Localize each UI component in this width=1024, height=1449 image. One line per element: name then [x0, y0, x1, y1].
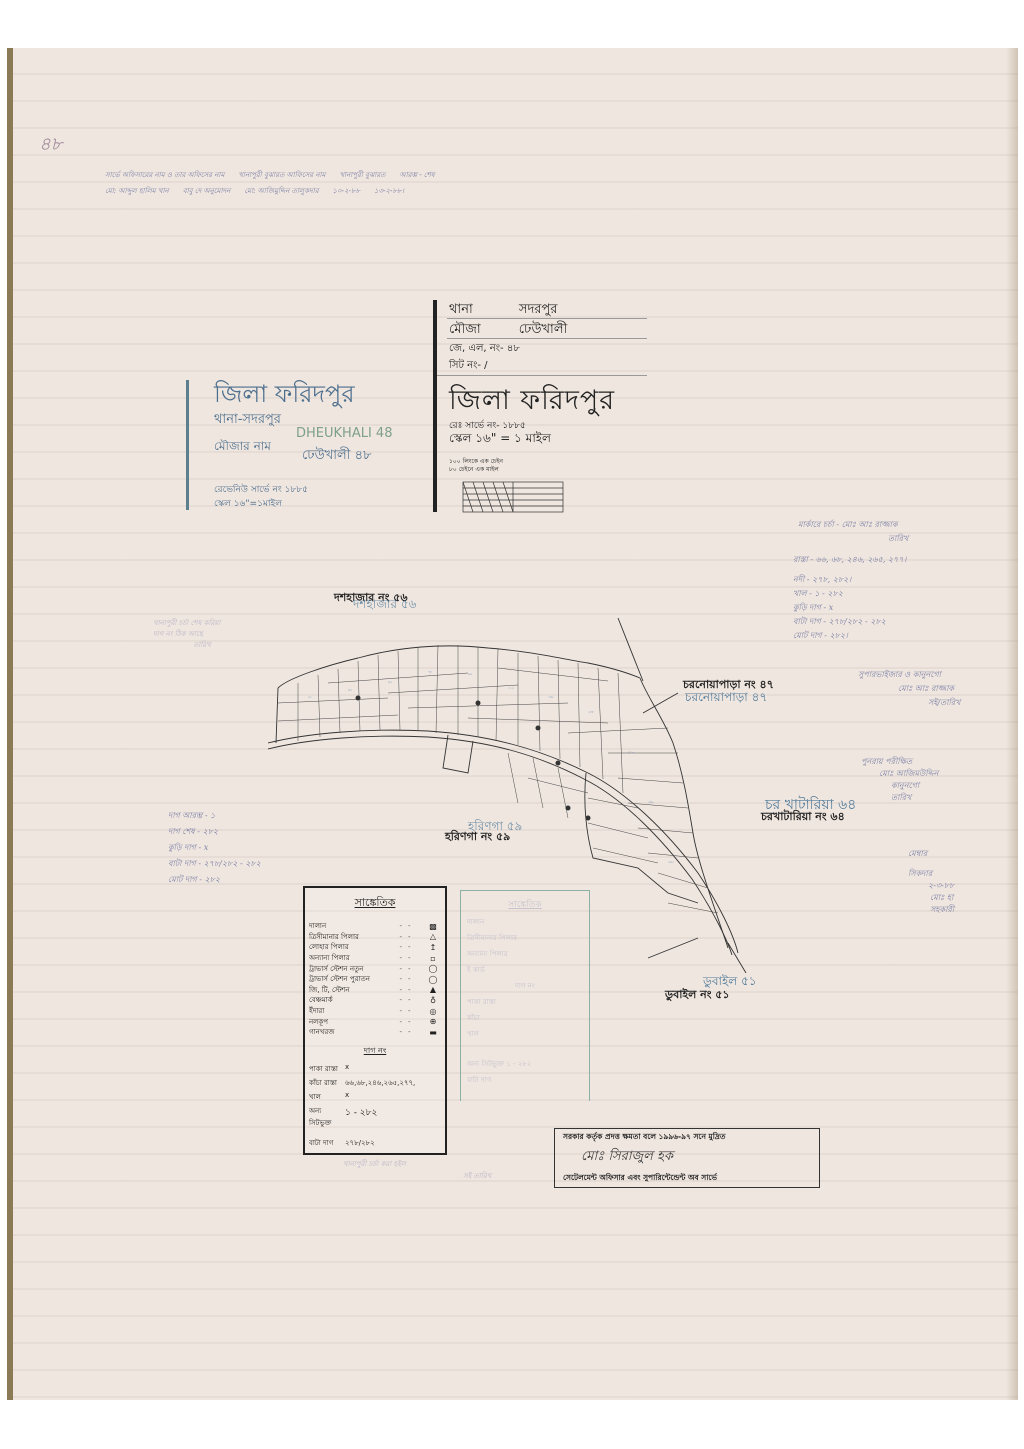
traverse-station-old-icon: ◯	[425, 975, 441, 984]
thana-label: থানা	[449, 302, 473, 317]
dag-row: পাকা রাস্তাx	[305, 1062, 445, 1076]
scale-note-2: ৮০ চেইনে এক মাইল	[449, 464, 499, 475]
note-right-sign: সুপারভাইজার ও কানুনগো মোঃ আঃ রাজ্জাক সই/…	[858, 668, 960, 710]
stamp-rs-line: রেভেনিউ সার্ভে নং ১৮৮৫	[214, 482, 308, 497]
faded-line: পাকা রাস্তা	[461, 994, 589, 1010]
stamp-mouza-en: DHEUKHALI 48	[296, 426, 392, 441]
survey-record-strip: সার্ভে অফিসারের নাম ও তার অফিসের নাম খান…	[105, 170, 435, 196]
mouza-label: মৌজা	[449, 322, 481, 337]
svg-text:১৮৮: ১৮৮	[588, 710, 594, 714]
dag-row: অন্য সিটভুক্ত১ - ২৮২	[305, 1104, 445, 1130]
note-left-list: দাগ আরম্ভ - ১ দাগ শেষ - ২৮২ কুড়ি দাগ - …	[168, 808, 261, 888]
benchmark-icon: ♁	[425, 996, 441, 1005]
record-cell: আরম্ভ - শেষ	[399, 170, 434, 180]
note-right-top: মার্কারে চর্চা - মোঃ আঃ রাজ্জাক তারিখ	[798, 518, 908, 546]
district-stamp: জিলা ফরিদপুর থানা-সদরপুর মৌজার নাম DHEUK…	[178, 376, 418, 516]
map-label-southwest: হরিণগা নং ৫৯	[445, 828, 510, 847]
svg-text:২৬৫: ২৬৫	[668, 860, 674, 864]
cert-line-3: সেটেলমেন্ট অফিসার এবং সুপারিন্টেন্ডেন্ট …	[563, 1173, 717, 1185]
sheet-line: সিট নং- /	[449, 358, 488, 375]
svg-text:৯৯: ৯৯	[468, 672, 472, 676]
jl-label: জে, এল, নং-	[449, 343, 504, 354]
mouza-value: ঢেউখালী	[519, 322, 567, 337]
note-right-list: রাস্তা - ৬৬, ৬৮, ২৪৬, ২৬৫, ২৭৭। নদী - ২৭…	[793, 553, 906, 643]
map-sheet: সার্ভে অফিসারের নাম ও তার অফিসের নাম খান…	[7, 48, 1018, 1400]
tri-junction-pillar-icon: △	[425, 932, 441, 941]
other-pillar-icon: ▫	[425, 954, 441, 963]
svg-text:২৪০: ২৪০	[648, 800, 654, 804]
faded-legend-box: সাঙ্কেতিক দালান ত্রিসীমানার পিলার অন্যান…	[460, 890, 590, 1101]
note-right-mid: পুনরায় পরীক্ষিত মোঃ আজিমউদ্দিন কানুনগো …	[861, 756, 938, 804]
record-cell: ১০-২-৮৮	[333, 186, 360, 196]
map-label-east: চরখাটারিয়া নং ৬৪	[761, 808, 845, 827]
dag-row: বাটা দাগ২৭৮/২৮২	[305, 1136, 445, 1150]
faded-line: অন্য সিটভুক্ত ১ - ২৮২	[461, 1056, 589, 1072]
svg-text:১৪৫: ১৪৫	[548, 695, 554, 699]
record-cell: সার্ভে অফিসারের নাম ও তার অফিসের নাম	[105, 170, 224, 180]
traverse-station-new-icon: ◯	[425, 964, 441, 973]
certification-stamp: সরকার কর্তৃক প্রদত্ত ক্ষমতা বলে ১৯৯৬-৯৭ …	[554, 1128, 820, 1188]
record-cell: মো: আজিমুদ্দিন তালুকদার	[244, 186, 318, 196]
svg-text:২১০: ২১০	[628, 750, 634, 754]
cert-line-1: সরকার কর্তৃক প্রদত্ত ক্ষমতা বলে ১৯৯৬-৯৭ …	[563, 1132, 725, 1144]
faded-line: ই কার্ড	[461, 962, 589, 978]
record-cell: খানাপুরী বুঝারত আফিসের নাম	[238, 170, 325, 180]
dag-row: কাঁচা রাস্তা৬৬,৬৮,২৪৬,২৬৫,২৭৭,	[305, 1076, 445, 1090]
well-icon: ◎	[425, 1007, 441, 1016]
record-cell: বাবু দে অনুমোদন	[183, 186, 231, 196]
faded-line: দাগ নং	[461, 978, 589, 994]
stamp-thana: থানা-সদরপুর	[214, 410, 281, 431]
gt-station-icon: ▲	[425, 985, 441, 994]
iron-pillar-icon: ↥	[425, 943, 441, 952]
stamp-mouza-label: মৌজার নাম	[214, 438, 271, 458]
faded-line: দালান	[461, 914, 589, 930]
svg-text:৩১: ৩১	[308, 695, 312, 699]
svg-text:৪২: ৪২	[348, 688, 352, 692]
faded-line: কাঁচা	[461, 1010, 589, 1026]
svg-text:৬৫: ৬৫	[388, 680, 392, 684]
legend-box: সাঙ্কেতিক দালান--▩ ত্রিসীমানার পিলার--△ …	[303, 886, 447, 1155]
note-right-low: মেম্বার সিকদার ২-৩-৮৮ মোঃ হা সহকারী	[908, 848, 954, 916]
jl-value: ৪৮	[507, 343, 520, 354]
tubewell-icon: ⊕	[425, 1017, 441, 1026]
record-cell: ১৩-২-৮৮।	[374, 186, 404, 196]
diagonal-scale-bar	[461, 476, 571, 514]
faded-line: খাল	[461, 1026, 589, 1042]
svg-text:৭৮: ৭৮	[428, 670, 432, 674]
corner-mark: ৪৮	[39, 130, 62, 161]
culvert-icon: ▬	[425, 1028, 441, 1037]
scale-text: স্কেল ১৬" = ১ মাইল	[449, 430, 551, 450]
stamp-bracket	[186, 380, 189, 510]
dag-header: দাগ নং	[305, 1045, 445, 1058]
map-label-northeast-blue: চরনোয়াপাড়া ৪৭	[685, 689, 767, 709]
svg-text:১১২: ১১২	[508, 686, 514, 690]
faded-line: বাটা দাগ	[461, 1072, 589, 1088]
legend-title: সাঙ্কেতিক	[305, 894, 445, 913]
stamp-scale-line: স্কেল ১৬"=১মাইল	[214, 496, 282, 511]
faded-line: ত্রিসীমানার পিলার	[461, 930, 589, 946]
jl-line: জে, এল, নং- ৪৮	[449, 341, 520, 358]
thana-value: সদরপুর	[519, 302, 558, 317]
record-cell: মো: আব্দুল হালিম খান	[105, 186, 169, 196]
note-bottom: খানাপুরী চর্চা করা হইল সই তারিখ	[343, 1158, 491, 1182]
faded-legend-title: সাঙ্কেতিক	[461, 895, 589, 914]
dag-row: খালx	[305, 1090, 445, 1104]
stamp-mouza-bn: ঢেউখালী ৪৮	[302, 446, 371, 467]
map-label-north-blue: দশহাজার ৫৬	[353, 596, 416, 616]
note-left-mid: খানাপুরী চর্চা শেষ করিয়া দাগ নং ঠিক আছে…	[153, 618, 220, 651]
building-icon: ▩	[425, 922, 441, 931]
record-cell: খানাপুরী বুঝারত	[339, 170, 385, 180]
sheet-value: /	[484, 360, 487, 371]
legend-item: গানখরজ--▬	[305, 1027, 445, 1038]
officer-signature: মোঃ সিরাজুল হক	[581, 1147, 673, 1168]
title-bracket	[433, 300, 437, 512]
map-label-south: ডুবাইল নং ৫১	[665, 986, 730, 1005]
faded-line: অন্যান্য পিলার	[461, 946, 589, 962]
sheet-label: সিট নং-	[449, 360, 481, 371]
